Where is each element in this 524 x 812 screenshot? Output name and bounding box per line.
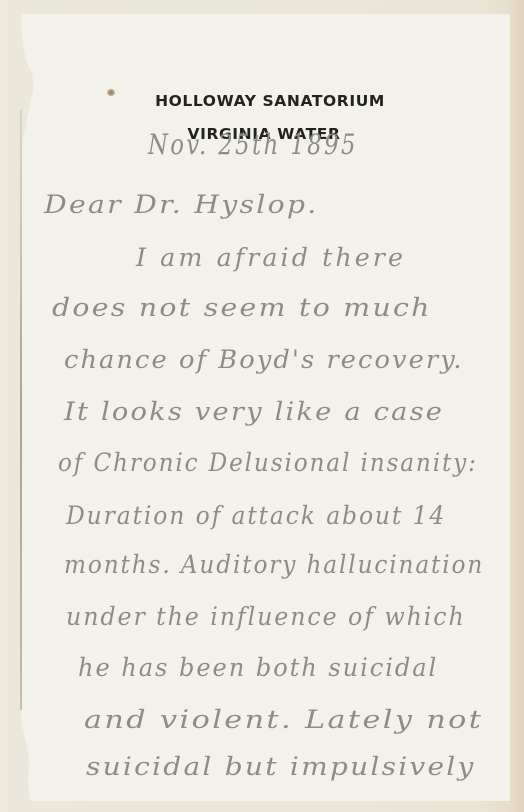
letter-line-1: I am afraid there — [136, 243, 406, 272]
letter-line-9: he has been both suicidal — [78, 653, 438, 682]
letterhead-institution: HOLLOWAY SANATORIUM — [8, 92, 524, 110]
letter-line-2: does not seem to much — [52, 293, 432, 322]
letter-line-4: It looks very like a case — [64, 397, 444, 426]
letter-line-11: suicidal but impulsively — [86, 752, 476, 781]
letter-line-3: chance of Boyd's recovery. — [64, 345, 464, 374]
letter-line-10: and violent. Lately not — [84, 705, 483, 734]
scan-background-edge — [510, 0, 524, 812]
letter-line-8: under the influence of which — [66, 602, 466, 631]
letter-line-7: months. Auditory hallucination — [64, 550, 484, 579]
letter-line-6: Duration of attack about 14 — [66, 501, 446, 530]
letter-line-5: of Chronic Delusional insanity: — [58, 448, 478, 477]
letter-date: Nov. 25th 1895 — [148, 128, 358, 161]
torn-left-edge — [20, 110, 22, 710]
letter-salutation: Dear Dr. Hyslop. — [44, 190, 319, 219]
